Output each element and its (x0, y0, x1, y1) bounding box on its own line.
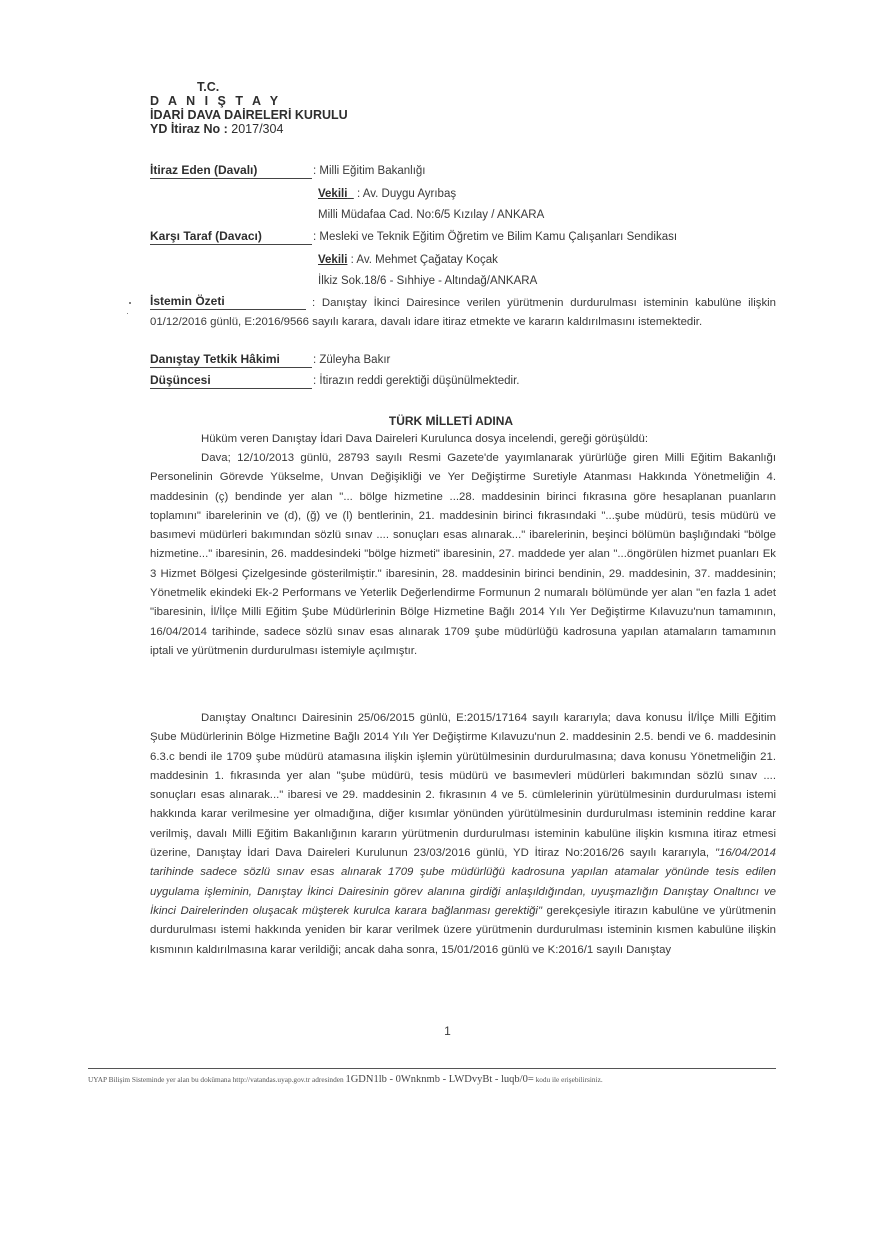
decision-paragraph-1: Dava; 12/10/2013 günlü, 28793 sayılı Res… (150, 449, 776, 661)
case-number-label: YD İtiraz No : (150, 122, 228, 136)
decision-paragraph-2: Danıştay Onaltıncı Dairesinin 25/06/2015… (150, 709, 776, 960)
scan-mark (129, 302, 131, 304)
opponent-address: İlkiz Sok.18/6 - Sıhhiye - Altındağ/ANKA… (318, 274, 537, 289)
judge-label: Danıştay Tetkik Hâkimi (150, 352, 312, 368)
objector-counsel-label: Vekili (318, 188, 347, 200)
objector-address: Milli Müdafaa Cad. No:6/5 Kızılay / ANKA… (318, 208, 544, 223)
opponent-value: : Mesleki ve Teknik Eğitim Öğretim ve Bi… (313, 230, 677, 245)
court-name: D A N I Ş T A Y (150, 94, 281, 108)
decision-intro: Hüküm veren Danıştay İdari Dava Daireler… (150, 430, 776, 449)
objector-value: : Milli Eğitim Bakanlığı (313, 164, 425, 179)
footer-access-code: 1GDN1lb - 0Wnknmb - LWDvyBt - luqb/0= (345, 1074, 533, 1085)
summary-text: : Danıştay İkinci Dairesince verilen yür… (150, 294, 776, 333)
objector-counsel-name: : Av. Duygu Ayrıbaş (354, 188, 456, 200)
objector-counsel: Vekili : Av. Duygu Ayrıbaş (318, 187, 456, 202)
opponent-counsel-label: Vekili (318, 254, 347, 266)
footer-text-after: kodu ile erişebilirsiniz. (534, 1075, 603, 1084)
opinion-text: : İtirazın reddi gerektiği düşünülmekted… (313, 374, 519, 389)
objector-label: İtiraz Eden (Davalı) (150, 163, 312, 179)
paragraph-2-text-a: Danıştay Onaltıncı Dairesinin 25/06/2015… (150, 712, 776, 859)
opponent-label: Karşı Taraf (Davacı) (150, 229, 312, 245)
footer-divider (88, 1068, 776, 1069)
board-name: İDARİ DAVA DAİRELERİ KURULU (150, 108, 348, 122)
page-number: 1 (0, 1024, 880, 1038)
scan-mark (127, 313, 128, 314)
judge-name: : Züleyha Bakır (313, 353, 390, 368)
case-number-value: 2017/304 (231, 122, 283, 136)
opponent-counsel: Vekili : Av. Mehmet Çağatay Koçak (318, 253, 498, 268)
opinion-label: Düşüncesi (150, 373, 312, 389)
footer-text-before: UYAP Bilişim Sisteminde yer alan bu dokü… (88, 1075, 345, 1084)
footer-note: UYAP Bilişim Sisteminde yer alan bu dokü… (88, 1074, 603, 1085)
tc-heading: T.C. (197, 80, 219, 94)
opponent-counsel-name: : Av. Mehmet Çağatay Koçak (347, 254, 497, 266)
decision-title: TÜRK MİLLETİ ADINA (0, 414, 880, 428)
case-number: YD İtiraz No : 2017/304 (150, 122, 283, 136)
